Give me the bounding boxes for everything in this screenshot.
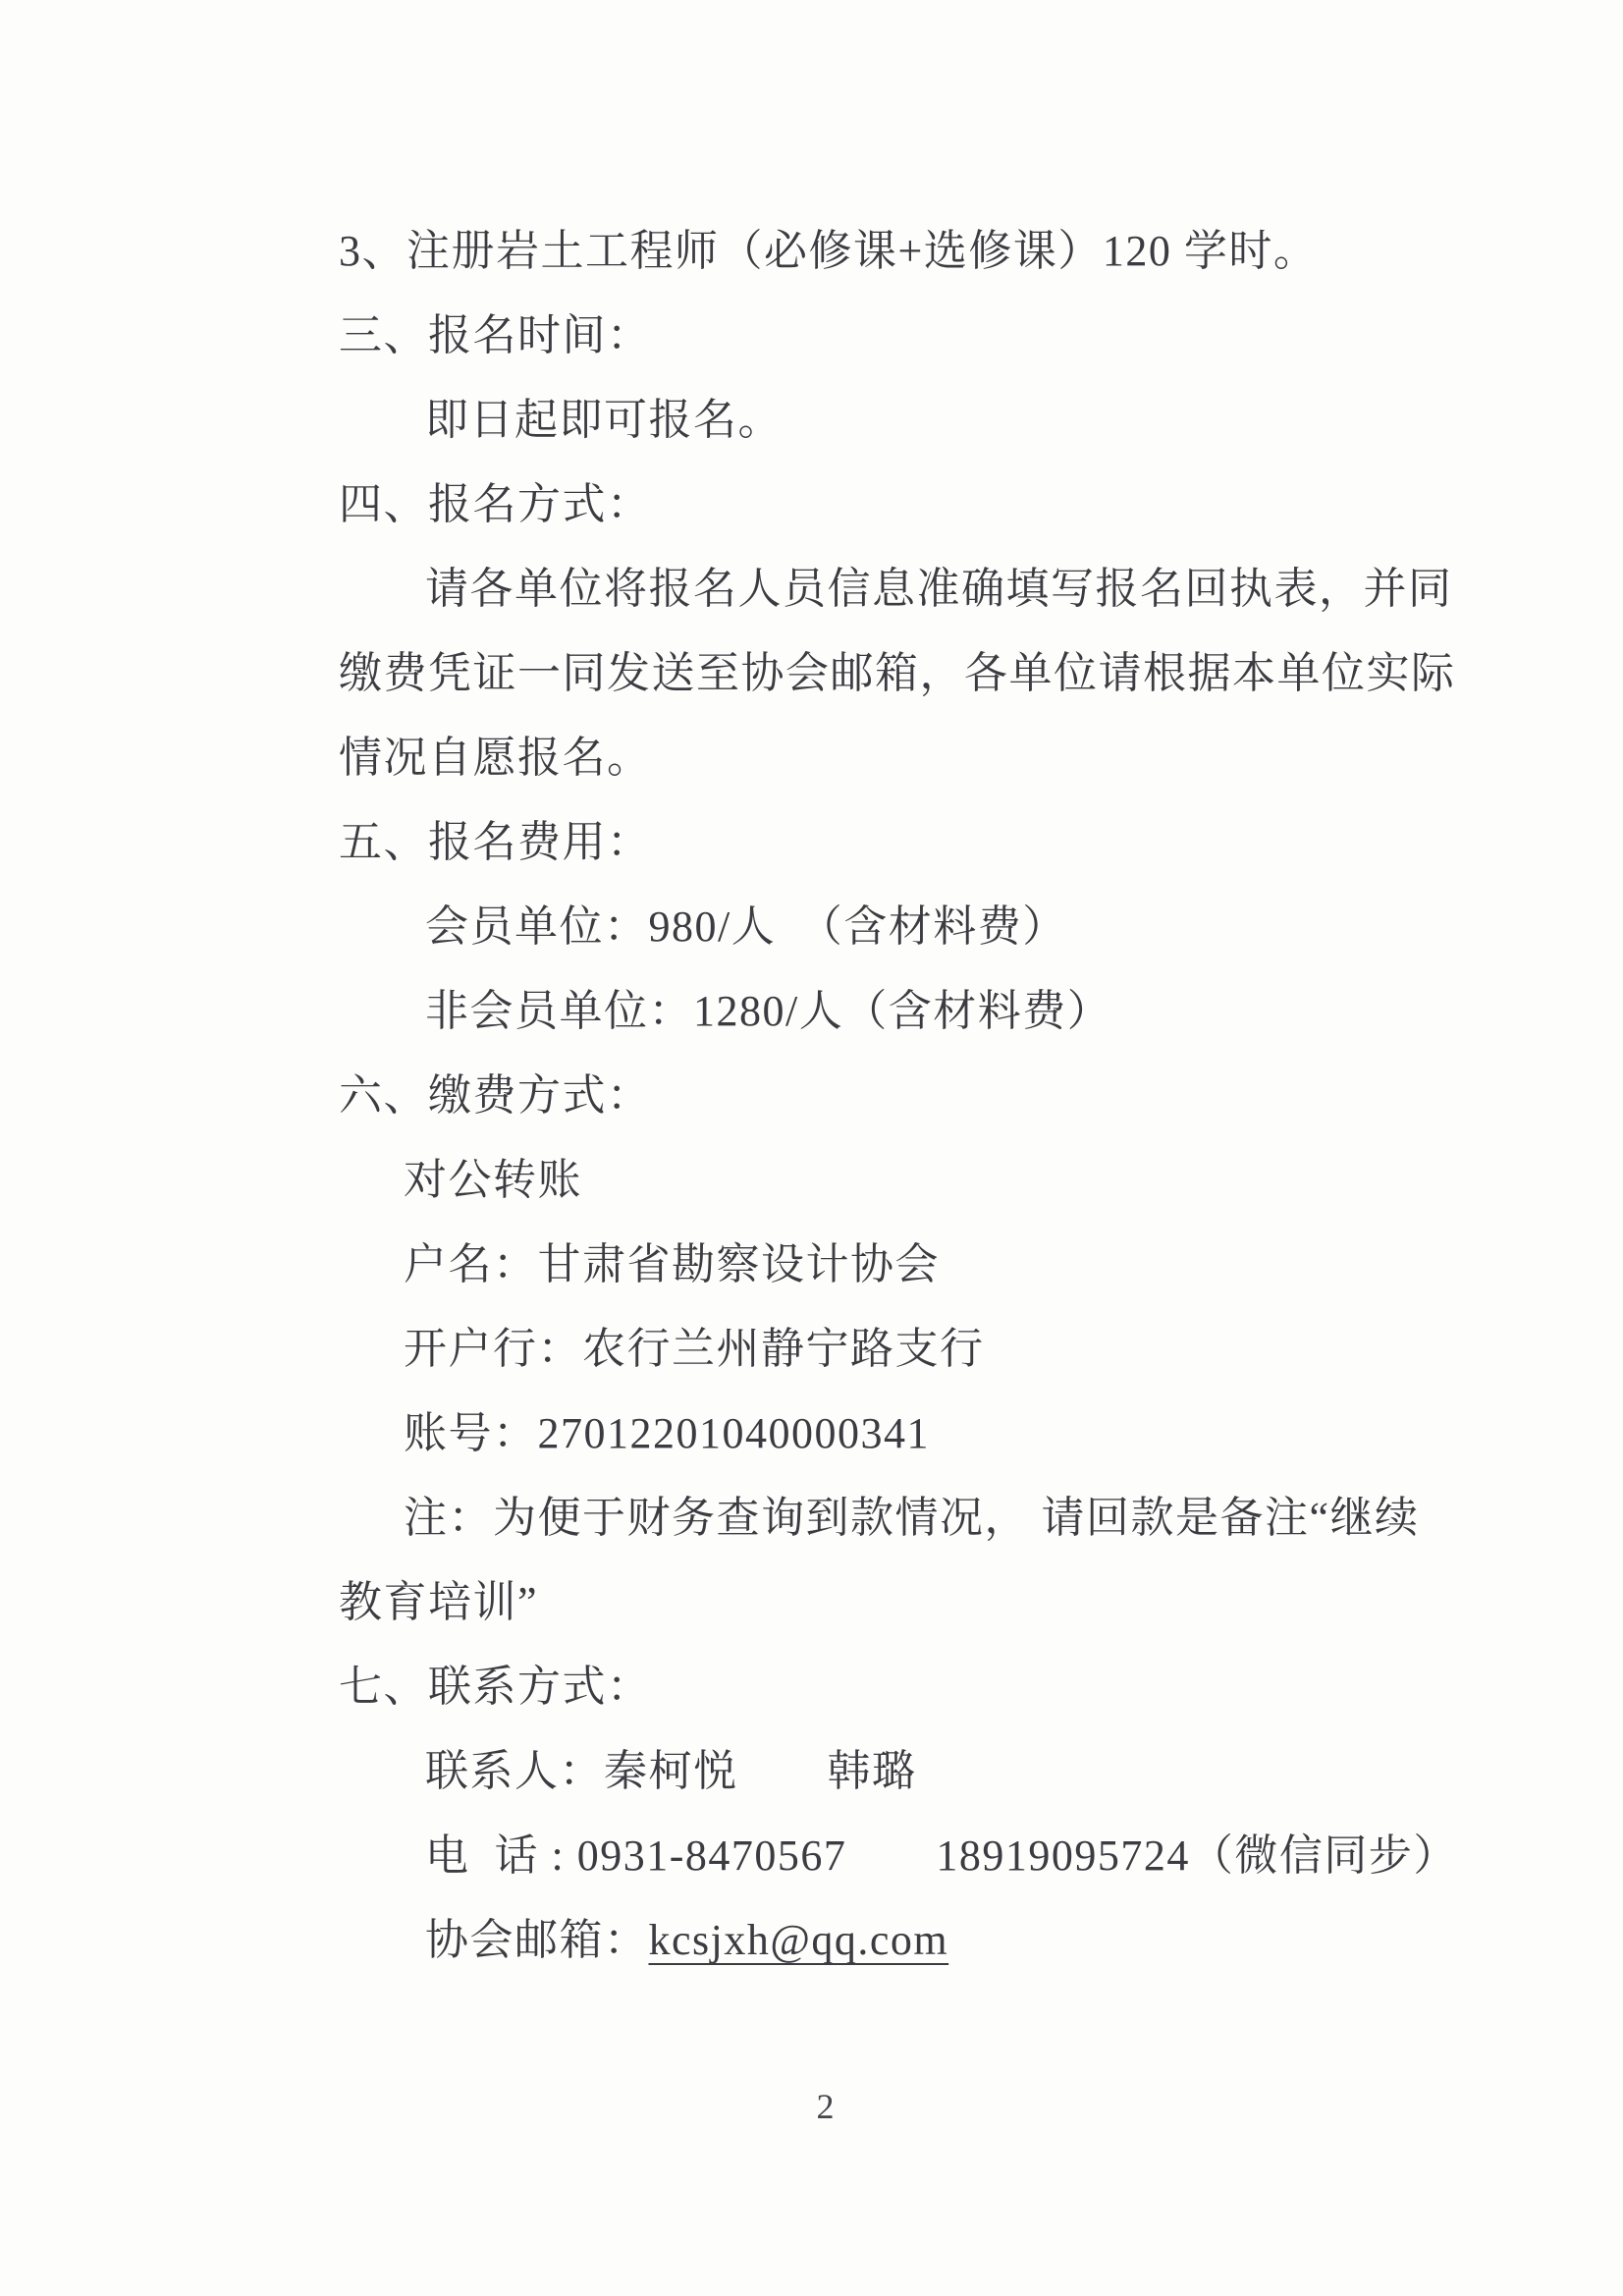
page-number: 2 xyxy=(14,2086,1623,2127)
text-line: 会员单位：980/人 （含材料费） xyxy=(339,885,1497,969)
email-link[interactable]: kcsjxh@qq.com xyxy=(649,1916,949,1964)
text-segment: 开户行：农行兰州静宁路支行 xyxy=(404,1325,985,1373)
text-segment: 非会员单位：1280/人（含材料费） xyxy=(425,987,1111,1035)
text-line: 三、报名时间： xyxy=(339,294,1497,378)
text-line: 请各单位将报名人员信息准确填写报名回执表，并同 xyxy=(339,547,1497,631)
text-segment: 三、报名时间： xyxy=(339,311,652,359)
text-segment: 3、注册岩土工程师（必修课+选修课）120 学时。 xyxy=(339,227,1318,275)
text-segment: 电 话 : 0931-8470567 18919095724（微信同步） xyxy=(425,1831,1458,1880)
text-line: 情况自愿报名。 xyxy=(339,716,1497,800)
text-segment: 即日起即可报名。 xyxy=(425,396,783,444)
text-line: 注：为便于财务查询到款情况， 请回款是备注“继续 xyxy=(339,1476,1497,1560)
text-segment: 对公转账 xyxy=(404,1156,582,1204)
text-line: 对公转账 xyxy=(339,1138,1497,1223)
document-page: 3、注册岩土工程师（必修课+选修课）120 学时。三、报名时间：即日起即可报名。… xyxy=(0,0,1623,2296)
text-segment: 联系人：秦柯悦 韩璐 xyxy=(425,1747,917,1795)
text-line: 五、报名费用： xyxy=(339,800,1497,885)
text-line: 缴费凭证一同发送至协会邮箱，各单位请根据本单位实际 xyxy=(339,631,1497,716)
text-line: 教育培训” xyxy=(339,1560,1497,1645)
text-segment: 六、缴费方式： xyxy=(339,1071,652,1120)
text-segment: 七、联系方式： xyxy=(339,1663,652,1711)
text-line: 账号：27012201040000341 xyxy=(339,1392,1497,1476)
text-line: 协会邮箱：kcsjxh@qq.com xyxy=(339,1898,1497,1983)
text-line: 七、联系方式： xyxy=(339,1645,1497,1729)
text-line: 开户行：农行兰州静宁路支行 xyxy=(339,1307,1497,1392)
text-line: 联系人：秦柯悦 韩璐 xyxy=(339,1729,1497,1814)
text-line: 四、报名方式： xyxy=(339,463,1497,547)
text-segment: 请各单位将报名人员信息准确填写报名回执表，并同 xyxy=(425,565,1453,613)
text-line: 非会员单位：1280/人（含材料费） xyxy=(339,969,1497,1054)
text-segment: 会员单位：980/人 （含材料费） xyxy=(425,902,1067,951)
text-line: 六、缴费方式： xyxy=(339,1054,1497,1138)
text-segment: 四、报名方式： xyxy=(339,480,652,528)
text-segment: 教育培训” xyxy=(339,1578,538,1626)
text-line: 户名：甘肃省勘察设计协会 xyxy=(339,1223,1497,1307)
text-segment: 五、报名费用： xyxy=(339,818,652,866)
text-segment: 缴费凭证一同发送至协会邮箱，各单位请根据本单位实际 xyxy=(339,649,1456,697)
text-line: 电 话 : 0931-8470567 18919095724（微信同步） xyxy=(339,1814,1497,1898)
text-line: 3、注册岩土工程师（必修课+选修课）120 学时。 xyxy=(339,209,1497,294)
text-segment: 账号：27012201040000341 xyxy=(404,1409,930,1457)
text-segment: 户名：甘肃省勘察设计协会 xyxy=(404,1240,940,1288)
text-segment: 协会邮箱： xyxy=(425,1916,649,1964)
document-body: 3、注册岩土工程师（必修课+选修课）120 学时。三、报名时间：即日起即可报名。… xyxy=(339,209,1497,1983)
text-line: 即日起即可报名。 xyxy=(339,378,1497,463)
text-segment: 情况自愿报名。 xyxy=(339,734,652,782)
text-segment: 注：为便于财务查询到款情况， 请回款是备注“继续 xyxy=(404,1494,1420,1542)
